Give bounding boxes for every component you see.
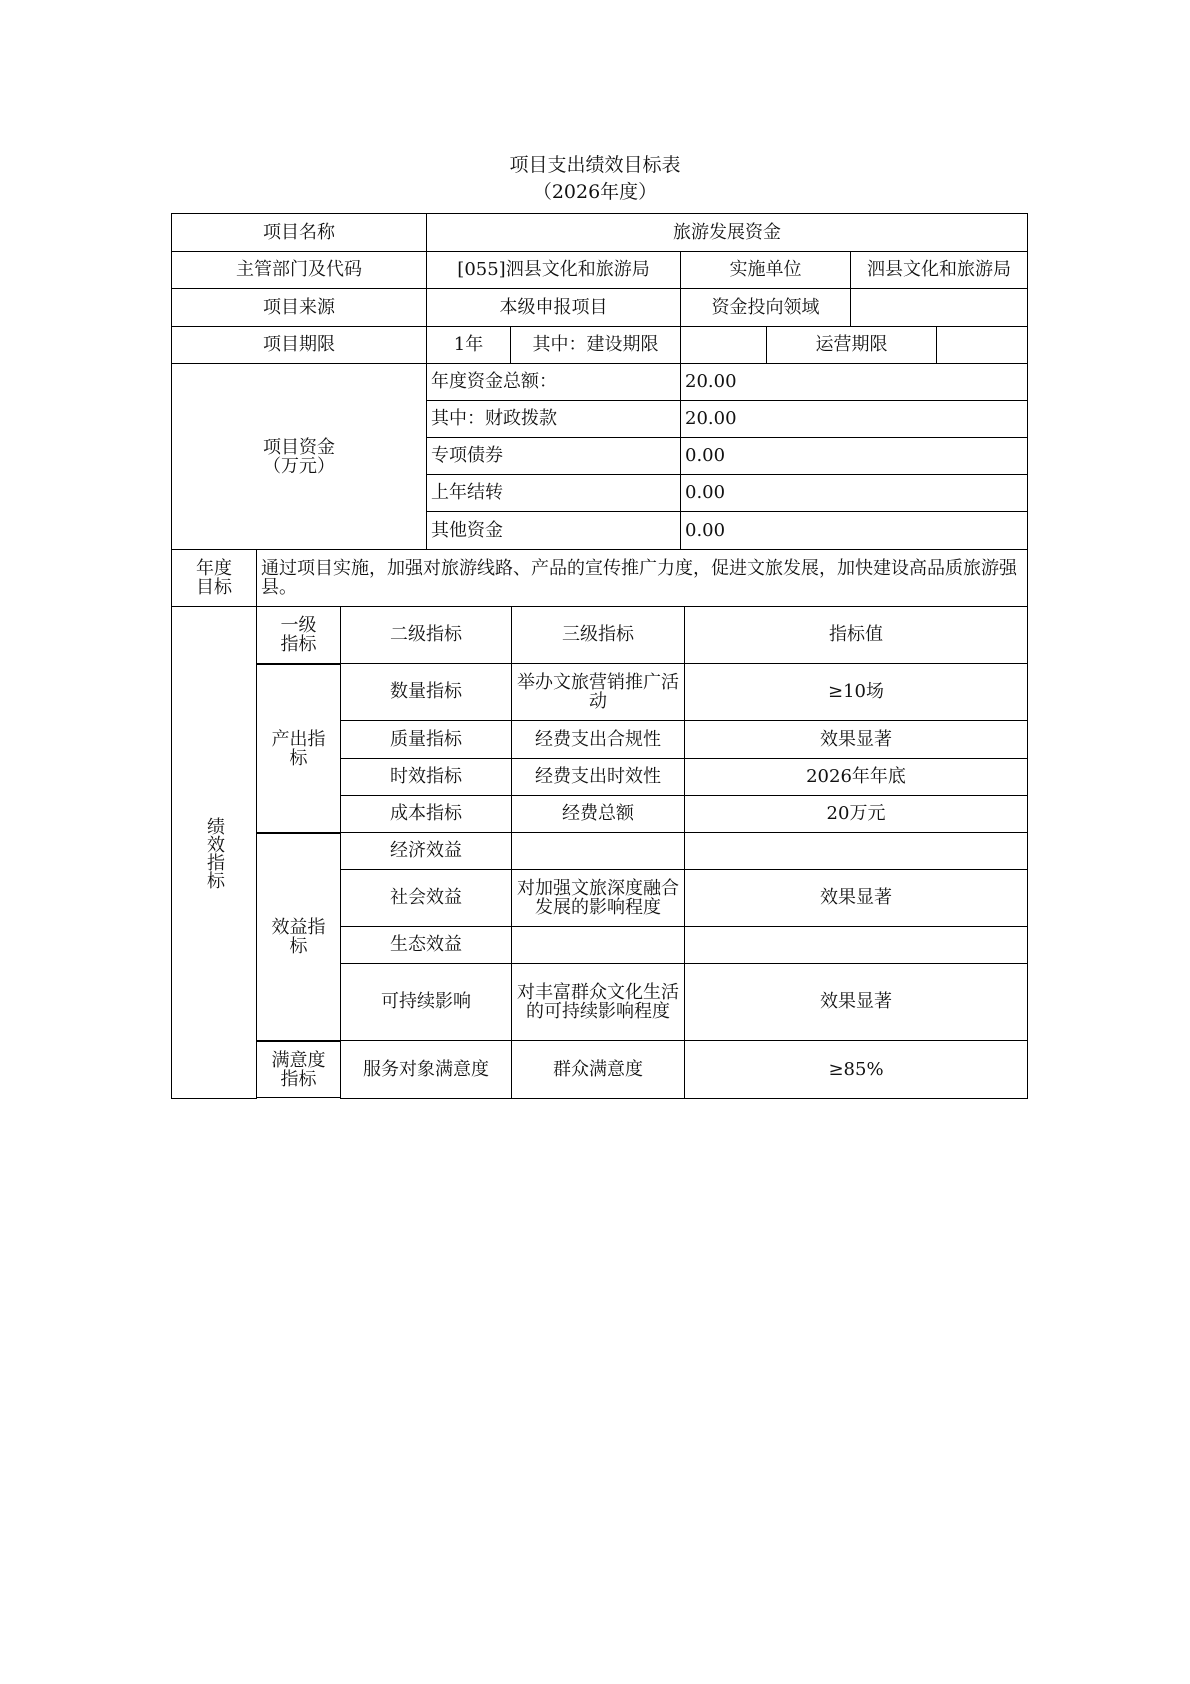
- annual-target-label: 年度 目标: [171, 549, 257, 607]
- annual-target-label-line2: 目标: [196, 578, 232, 597]
- funds-row-name: 专项债券: [426, 437, 681, 475]
- level3-cell: 经费支出合规性: [511, 720, 685, 759]
- value-cell: 20万元: [684, 795, 1028, 833]
- project-name-value: 旅游发展资金: [426, 213, 1028, 252]
- level2-cell: 服务对象满意度: [340, 1040, 512, 1099]
- value-cell: 效果显著: [684, 869, 1028, 927]
- period-label: 项目期限: [171, 326, 427, 364]
- header-level3: 三级指标: [511, 606, 685, 664]
- level3-cell: [511, 832, 685, 870]
- value-cell: ≥85%: [684, 1040, 1028, 1099]
- annual-target-text: 通过项目实施，加强对旅游线路、产品的宣传推广力度，促进文旅发展，加快建设高品质旅…: [256, 549, 1028, 607]
- value-cell: ≥10场: [684, 663, 1028, 721]
- level3-cell: 经费总额: [511, 795, 685, 833]
- funds-row-name: 年度资金总额：: [426, 363, 681, 401]
- level2-cell: 时效指标: [340, 758, 512, 796]
- funds-row-value: 0.00: [680, 474, 1028, 512]
- funds-label-line1: 项目资金: [263, 438, 335, 457]
- level3-cell: 举办文旅营销推广活动: [511, 663, 685, 721]
- funds-label-line2: （万元）: [263, 457, 335, 476]
- annual-target-label-line1: 年度: [196, 559, 232, 578]
- header-level2: 二级指标: [340, 606, 512, 664]
- level3-cell: 群众满意度: [511, 1040, 685, 1099]
- value-cell: 效果显著: [684, 720, 1028, 759]
- dept-value: [055]泗县文化和旅游局: [426, 251, 681, 289]
- level3-cell: 对丰富群众文化生活的可持续影响程度: [511, 963, 685, 1041]
- oper-value: [936, 326, 1028, 364]
- level1-output: 产出指标: [256, 663, 341, 833]
- field-label: 资金投向领域: [680, 288, 851, 327]
- source-label: 项目来源: [171, 288, 427, 327]
- level2-cell: 经济效益: [340, 832, 512, 870]
- field-value: [850, 288, 1028, 327]
- level1-benefit: 效益指标: [256, 832, 341, 1041]
- funds-row-value: 20.00: [680, 400, 1028, 438]
- source-value: 本级申报项目: [426, 288, 681, 327]
- value-cell: 2026年年底: [684, 758, 1028, 796]
- funds-row-value: 0.00: [680, 437, 1028, 475]
- level2-cell: 生态效益: [340, 926, 512, 964]
- project-name-label: 项目名称: [171, 213, 427, 252]
- funds-row-value: 20.00: [680, 363, 1028, 401]
- build-value: [680, 326, 767, 364]
- level2-cell: 质量指标: [340, 720, 512, 759]
- level1-satisfaction: 满意度指标: [256, 1040, 341, 1098]
- impl-value: 泗县文化和旅游局: [850, 251, 1028, 289]
- level2-cell: 成本指标: [340, 795, 512, 833]
- value-cell: [684, 832, 1028, 870]
- level3-cell: [511, 926, 685, 964]
- indicators-label-text: 绩效指标: [204, 817, 224, 889]
- value-cell: 效果显著: [684, 963, 1028, 1041]
- oper-label: 运营期限: [766, 326, 937, 364]
- indicators-label: 绩效指标: [171, 606, 257, 1099]
- level2-cell: 社会效益: [340, 869, 512, 927]
- page-subtitle: （2026年度）: [0, 177, 1190, 204]
- funds-row-name: 其中：财政拨款: [426, 400, 681, 438]
- dept-label: 主管部门及代码: [171, 251, 427, 289]
- header-level1: 一级指标: [256, 606, 341, 664]
- header-value: 指标值: [684, 606, 1028, 664]
- funds-label: 项目资金 （万元）: [171, 363, 427, 550]
- level2-cell: 数量指标: [340, 663, 512, 721]
- build-label: 其中：建设期限: [510, 326, 681, 364]
- value-cell: [684, 926, 1028, 964]
- funds-row-name: 上年结转: [426, 474, 681, 512]
- level2-cell: 可持续影响: [340, 963, 512, 1041]
- level3-cell: 经费支出时效性: [511, 758, 685, 796]
- period-value: 1年: [426, 326, 511, 364]
- funds-row-value: 0.00: [680, 511, 1028, 550]
- level3-cell: 对加强文旅深度融合发展的影响程度: [511, 869, 685, 927]
- impl-label: 实施单位: [680, 251, 851, 289]
- page-title: 项目支出绩效目标表: [0, 150, 1190, 177]
- funds-row-name: 其他资金: [426, 511, 681, 550]
